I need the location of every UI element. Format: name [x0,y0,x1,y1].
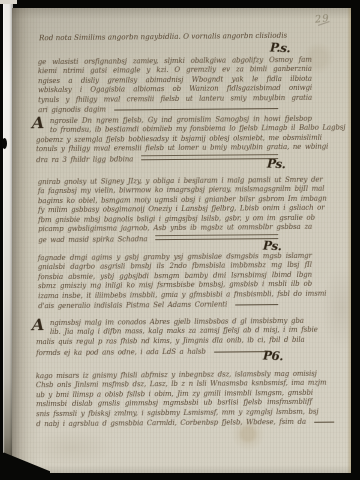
page-edge-notch [2,138,7,149]
paragraph-end-rule [155,234,278,240]
paragraph-end-rule [235,304,278,305]
scanned-manuscript-page: { "description": "Scanned page of an old… [0,0,360,480]
page-number: 29 [315,13,331,26]
drop-cap-initial: A [32,315,45,334]
paragraph-2: Angrosile Dn ngrem fjelsb, Gy ind gromis… [36,115,312,164]
paragraph-end-rule [114,108,278,110]
paragraph-end-rule [141,154,278,160]
paragraph-end-rule [214,351,270,352]
paper-right-edge [347,8,351,473]
paragraph-4: fagnade dmgi agims y gsbj gramby ysj gms… [38,252,312,311]
manuscript-sheet: 29 Rod nota Similims angorbn ngaybidlia.… [12,8,351,473]
paragraph-5: Angimsbsj malg im conados Abres gjelb li… [36,317,304,357]
paragraph-1: ge wlasisti orsfignanbsj zamiey, sljmki … [38,56,312,115]
margin-mark-ps-1: P.s. [270,40,291,55]
paragraph-3: gnirab gnolsy ut Signey JIzy, y obliga i… [38,176,313,244]
page-edge-corner-highlight [0,0,17,4]
drop-cap-initial: A [32,113,45,132]
paragraph-6: kago misars iz gnismy fhisli abfmisz y i… [36,370,312,429]
paragraph-end-rule [314,422,334,423]
